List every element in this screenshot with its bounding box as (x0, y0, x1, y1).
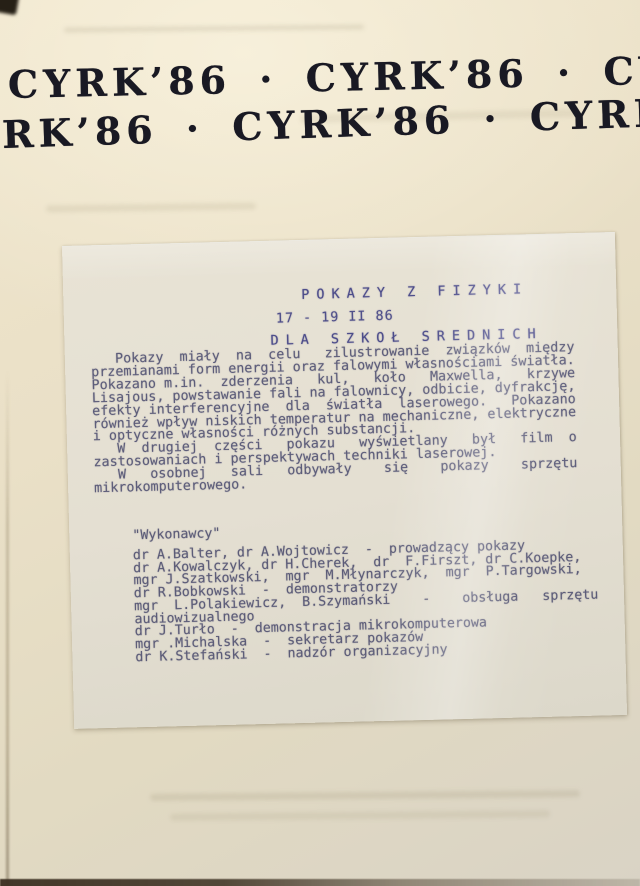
typed-report-sheet: POKAZY Z FIZYKI DLA SZKOŁ SREDNICH 17 - … (62, 232, 627, 729)
report-body-paragraphs: Pokazy miały na celu zilustrowanie związ… (91, 342, 578, 496)
ghost-writing-streak (46, 203, 256, 213)
ghost-writing-streak (150, 790, 580, 801)
page-crease (6, 370, 9, 886)
performers-heading: "Wykonawcy" (132, 526, 220, 543)
photo-bottom-edge (0, 879, 640, 886)
ghost-writing-streak (170, 810, 550, 820)
ghost-writing-streak (64, 24, 364, 32)
scrapbook-page-photo: CYRK’86 · CYRK’86 · CYRK’86 RK’86 · CYRK… (0, 0, 640, 886)
performers-list: dr A.Balter, dr A.Wojtowicz - prowadzący… (133, 539, 600, 665)
photo-corner-shadow (0, 0, 20, 15)
report-date: 17 - 19 II 86 (276, 309, 394, 327)
report-title-line-1: POKAZY Z FIZYKI (301, 282, 542, 303)
